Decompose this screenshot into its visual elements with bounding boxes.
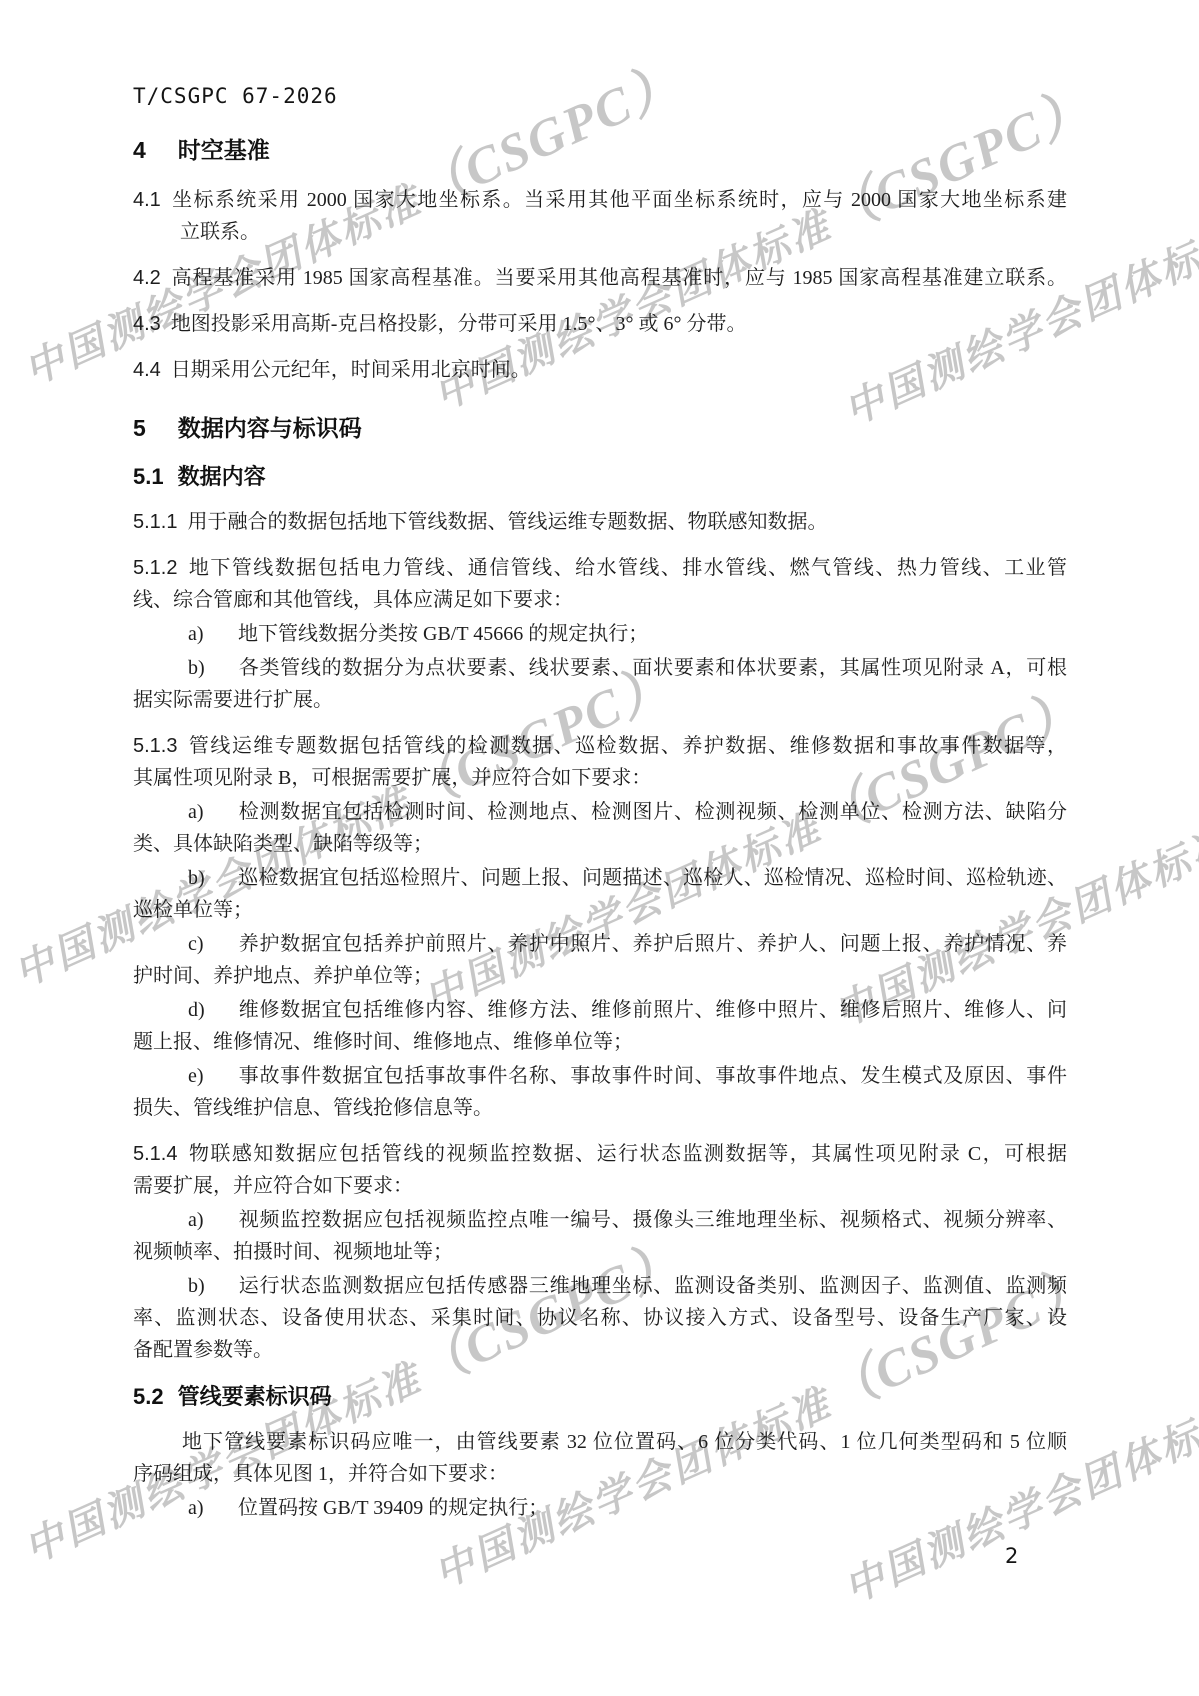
list-item: a)检测数据宜包括检测时间、检测地点、检测图片、检测视频、检测单位、检测方法、缺…	[133, 796, 1067, 860]
list-marker: c)	[188, 928, 238, 960]
text-line: 护时间、养护地点、养护单位等；	[133, 960, 1067, 992]
text-run: 物联感知数据应包括管线的视频监控数据、运行状态监测数据等，其属性项见附录 C，可…	[187, 1143, 1067, 1165]
text-run: 题上报、维修情况、维修时间、维修地点、维修单位等；	[133, 1031, 633, 1053]
section-number: 5	[133, 415, 146, 441]
text-run: 坐标系统采用 2000 国家大地坐标系。当采用其他平面坐标系统时，应与 2000…	[171, 189, 1067, 211]
text-line: 其属性项见附录 B，可根据需要扩展，并应符合如下要求：	[133, 762, 1067, 794]
list-item: b)运行状态监测数据应包括传感器三维地理坐标、监测设备类别、监测因子、监测值、监…	[133, 1270, 1067, 1366]
text-line: b)运行状态监测数据应包括传感器三维地理坐标、监测设备类别、监测因子、监测值、监…	[133, 1270, 1067, 1302]
text-line: 题上报、维修情况、维修时间、维修地点、维修单位等；	[133, 1026, 1067, 1058]
text-line: 据实际需要进行扩展。	[133, 684, 1067, 716]
section-title: 时空基准	[178, 137, 270, 163]
text-run: 损失、管线维护信息、管线抢修信息等。	[133, 1097, 493, 1119]
text-line: 5.1.4物联感知数据应包括管线的视频监控数据、运行状态监测数据等，其属性项见附…	[133, 1138, 1067, 1170]
text-run: 据实际需要进行扩展。	[133, 689, 333, 711]
text-line: 4.3地图投影采用高斯-克吕格投影，分带可采用 1.5°、3° 或 6° 分带。	[133, 308, 1067, 340]
text-line: c)养护数据宜包括养护前照片、养护中照片、养护后照片、养护人、问题上报、养护情况…	[133, 928, 1067, 960]
list-marker: b)	[188, 652, 238, 684]
document-body: 4时空基准4.1坐标系统采用 2000 国家大地坐标系。当采用其他平面坐标系统时…	[133, 112, 1067, 1524]
section-heading: 5.2管线要素标识码	[133, 1382, 1067, 1412]
text-line: e)事故事件数据宜包括事故事件名称、事故事件时间、事故事件地点、发生模式及原因、…	[133, 1060, 1067, 1092]
text-run: 各类管线的数据分为点状要素、线状要素、面状要素和体状要素，其属性项见附录 A，可…	[238, 657, 1067, 679]
text-run: 立联系。	[180, 221, 260, 243]
text-run: 视频监控数据应包括视频监控点唯一编号、摄像头三维地理坐标、视频格式、视频分辨率、	[238, 1209, 1067, 1231]
list-item: b)各类管线的数据分为点状要素、线状要素、面状要素和体状要素，其属性项见附录 A…	[133, 652, 1067, 716]
paragraph: 地下管线要素标识码应唯一，由管线要素 32 位位置码、6 位分类代码、1 位几何…	[133, 1426, 1067, 1490]
text-run: 运行状态监测数据应包括传感器三维地理坐标、监测设备类别、监测因子、监测值、监测频	[238, 1275, 1067, 1297]
paragraph: 5.1.4物联感知数据应包括管线的视频监控数据、运行状态监测数据等，其属性项见附…	[133, 1138, 1067, 1202]
text-run: 其属性项见附录 B，可根据需要扩展，并应符合如下要求：	[133, 767, 651, 789]
text-line: 立联系。	[133, 216, 1067, 248]
paragraph: 4.2高程基准采用 1985 国家高程基准。当要采用其他高程基准时，应与 198…	[133, 262, 1067, 294]
paragraph: 5.1.1用于融合的数据包括地下管线数据、管线运维专题数据、物联感知数据。	[133, 506, 1067, 538]
text-line: 备配置参数等。	[133, 1334, 1067, 1366]
text-run: 线、综合管廊和其他管线，具体应满足如下要求：	[133, 589, 573, 611]
text-line: 序码组成，具体见图 1，并符合如下要求：	[133, 1458, 1067, 1490]
paragraph-number: 5.1.1	[133, 511, 177, 533]
section-title: 管线要素标识码	[178, 1384, 332, 1409]
section-heading: 5数据内容与标识码	[133, 412, 1067, 444]
text-run: 位置码按 GB/T 39409 的规定执行；	[238, 1497, 548, 1519]
page-number: 2	[1005, 1544, 1018, 1568]
text-line: 类、具体缺陷类型、缺陷等级等；	[133, 828, 1067, 860]
text-line: a)视频监控数据应包括视频监控点唯一编号、摄像头三维地理坐标、视频格式、视频分辨…	[133, 1204, 1067, 1236]
paragraph-number: 4.1	[133, 189, 161, 211]
text-run: 日期采用公元纪年，时间采用北京时间。	[171, 359, 531, 381]
text-line: d)维修数据宜包括维修内容、维修方法、维修前照片、维修中照片、维修后照片、维修人…	[133, 994, 1067, 1026]
text-run: 巡检单位等；	[133, 899, 253, 921]
standard-number-header: T/CSGPC 67-2026	[133, 84, 338, 108]
text-line: 巡检单位等；	[133, 894, 1067, 926]
section-number: 5.1	[133, 464, 164, 489]
text-line: a)地下管线数据分类按 GB/T 45666 的规定执行；	[133, 618, 1067, 650]
text-run: 地下管线数据包括电力管线、通信管线、给水管线、排水管线、燃气管线、热力管线、工业…	[187, 557, 1067, 579]
text-line: 4.2高程基准采用 1985 国家高程基准。当要采用其他高程基准时，应与 198…	[133, 262, 1067, 294]
paragraph-number: 4.2	[133, 267, 161, 289]
paragraph-number: 5.1.4	[133, 1143, 177, 1165]
text-run: 地图投影采用高斯-克吕格投影，分带可采用 1.5°、3° 或 6° 分带。	[171, 313, 747, 335]
text-line: b)各类管线的数据分为点状要素、线状要素、面状要素和体状要素，其属性项见附录 A…	[133, 652, 1067, 684]
text-run: 巡检数据宜包括巡检照片、问题上报、问题描述、巡检人、巡检情况、巡检时间、巡检轨迹…	[238, 867, 1067, 889]
text-run: 备配置参数等。	[133, 1339, 273, 1361]
list-marker: a)	[188, 1204, 238, 1236]
text-line: 需要扩展，并应符合如下要求：	[133, 1170, 1067, 1202]
text-line: a)检测数据宜包括检测时间、检测地点、检测图片、检测视频、检测单位、检测方法、缺…	[133, 796, 1067, 828]
text-line: 4.4日期采用公元纪年，时间采用北京时间。	[133, 354, 1067, 386]
paragraph: 4.4日期采用公元纪年，时间采用北京时间。	[133, 354, 1067, 386]
text-line: 5.1.2地下管线数据包括电力管线、通信管线、给水管线、排水管线、燃气管线、热力…	[133, 552, 1067, 584]
text-line: 5.1.3管线运维专题数据包括管线的检测数据、巡检数据、养护数据、维修数据和事故…	[133, 730, 1067, 762]
paragraph: 5.1.3管线运维专题数据包括管线的检测数据、巡检数据、养护数据、维修数据和事故…	[133, 730, 1067, 794]
text-run: 地下管线要素标识码应唯一，由管线要素 32 位位置码、6 位分类代码、1 位几何…	[182, 1431, 1067, 1453]
text-run: 视频帧率、拍摄时间、视频地址等；	[133, 1241, 453, 1263]
text-line: 线、综合管廊和其他管线，具体应满足如下要求：	[133, 584, 1067, 616]
list-item: a)视频监控数据应包括视频监控点唯一编号、摄像头三维地理坐标、视频格式、视频分辨…	[133, 1204, 1067, 1268]
text-line: a)位置码按 GB/T 39409 的规定执行；	[133, 1492, 1067, 1524]
list-item: e)事故事件数据宜包括事故事件名称、事故事件时间、事故事件地点、发生模式及原因、…	[133, 1060, 1067, 1124]
paragraph-number: 5.1.2	[133, 557, 177, 579]
document-page: 中国测绘学会团体标准（CSGPC）中国测绘学会团体标准（CSGPC）中国测绘学会…	[0, 0, 1199, 1696]
text-line: 率、监测状态、设备使用状态、采集时间、协议名称、协议接入方式、设备型号、设备生产…	[133, 1302, 1067, 1334]
text-run: 需要扩展，并应符合如下要求：	[133, 1175, 413, 1197]
list-marker: a)	[188, 618, 238, 650]
list-item: a)位置码按 GB/T 39409 的规定执行；	[133, 1492, 1067, 1524]
paragraph: 5.1.2地下管线数据包括电力管线、通信管线、给水管线、排水管线、燃气管线、热力…	[133, 552, 1067, 616]
list-marker: d)	[188, 994, 238, 1026]
text-line: 地下管线要素标识码应唯一，由管线要素 32 位位置码、6 位分类代码、1 位几何…	[133, 1426, 1067, 1458]
text-line: b)巡检数据宜包括巡检照片、问题上报、问题描述、巡检人、巡检情况、巡检时间、巡检…	[133, 862, 1067, 894]
paragraph-number: 4.4	[133, 359, 161, 381]
list-item: b)巡检数据宜包括巡检照片、问题上报、问题描述、巡检人、巡检情况、巡检时间、巡检…	[133, 862, 1067, 926]
text-run: 养护数据宜包括养护前照片、养护中照片、养护后照片、养护人、问题上报、养护情况、养	[238, 933, 1067, 955]
list-item: c)养护数据宜包括养护前照片、养护中照片、养护后照片、养护人、问题上报、养护情况…	[133, 928, 1067, 992]
page-content: T/CSGPC 67-2026 4时空基准4.1坐标系统采用 2000 国家大地…	[0, 0, 1199, 1696]
text-run: 地下管线数据分类按 GB/T 45666 的规定执行；	[238, 623, 648, 645]
list-marker: e)	[188, 1060, 238, 1092]
list-marker: a)	[188, 796, 238, 828]
text-line: 5.1.1用于融合的数据包括地下管线数据、管线运维专题数据、物联感知数据。	[133, 506, 1067, 538]
paragraph: 4.3地图投影采用高斯-克吕格投影，分带可采用 1.5°、3° 或 6° 分带。	[133, 308, 1067, 340]
list-marker: a)	[188, 1492, 238, 1524]
paragraph-number: 4.3	[133, 313, 161, 335]
text-run: 序码组成，具体见图 1，并符合如下要求：	[133, 1463, 508, 1485]
text-run: 护时间、养护地点、养护单位等；	[133, 965, 433, 987]
section-heading: 4时空基准	[133, 134, 1067, 166]
text-line: 4.1坐标系统采用 2000 国家大地坐标系。当采用其他平面坐标系统时，应与 2…	[133, 184, 1067, 216]
text-run: 用于融合的数据包括地下管线数据、管线运维专题数据、物联感知数据。	[187, 511, 827, 533]
list-item: d)维修数据宜包括维修内容、维修方法、维修前照片、维修中照片、维修后照片、维修人…	[133, 994, 1067, 1058]
text-line: 视频帧率、拍摄时间、视频地址等；	[133, 1236, 1067, 1268]
text-run: 检测数据宜包括检测时间、检测地点、检测图片、检测视频、检测单位、检测方法、缺陷分	[238, 801, 1067, 823]
list-marker: b)	[188, 862, 238, 894]
text-run: 率、监测状态、设备使用状态、采集时间、协议名称、协议接入方式、设备型号、设备生产…	[133, 1307, 1067, 1329]
text-run: 维修数据宜包括维修内容、维修方法、维修前照片、维修中照片、维修后照片、维修人、问	[238, 999, 1067, 1021]
text-run: 事故事件数据宜包括事故事件名称、事故事件时间、事故事件地点、发生模式及原因、事件	[238, 1065, 1067, 1087]
text-run: 类、具体缺陷类型、缺陷等级等；	[133, 833, 433, 855]
text-run: 高程基准采用 1985 国家高程基准。当要采用其他高程基准时，应与 1985 国…	[171, 267, 1067, 289]
section-title: 数据内容与标识码	[178, 415, 362, 441]
list-marker: b)	[188, 1270, 238, 1302]
section-number: 4	[133, 137, 146, 163]
text-line: 损失、管线维护信息、管线抢修信息等。	[133, 1092, 1067, 1124]
list-item: a)地下管线数据分类按 GB/T 45666 的规定执行；	[133, 618, 1067, 650]
text-run: 管线运维专题数据包括管线的检测数据、巡检数据、养护数据、维修数据和事故事件数据等…	[187, 735, 1067, 757]
paragraph: 4.1坐标系统采用 2000 国家大地坐标系。当采用其他平面坐标系统时，应与 2…	[133, 184, 1067, 248]
section-heading: 5.1数据内容	[133, 462, 1067, 492]
paragraph-number: 5.1.3	[133, 735, 177, 757]
section-number: 5.2	[133, 1384, 164, 1409]
section-title: 数据内容	[178, 464, 266, 489]
